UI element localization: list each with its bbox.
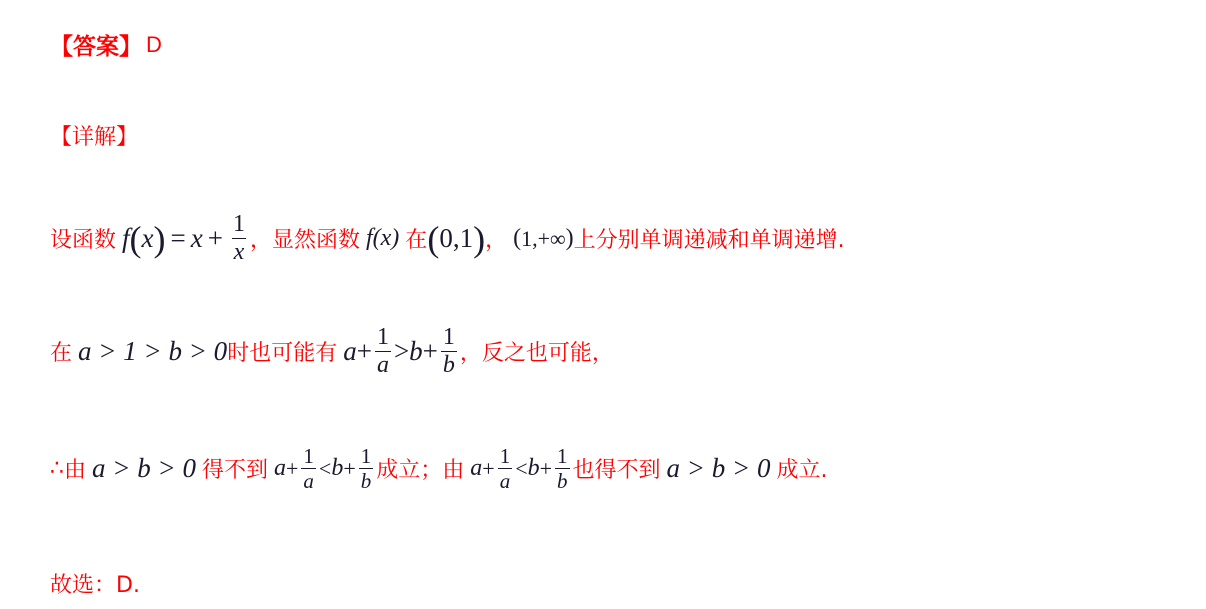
therefore-symbol: ∴: [50, 456, 64, 481]
fraction-1-over-a: 1 a: [375, 325, 391, 378]
answer-label: 【答案】: [50, 28, 142, 61]
explanation-header: 【详解】: [50, 120, 138, 151]
math-x: x: [191, 223, 203, 254]
denominator: b: [359, 468, 374, 492]
numerator: 1: [301, 445, 316, 468]
math-plus: +: [357, 336, 372, 367]
fraction-1-over-a: 1 a: [301, 445, 316, 492]
explanation-line-2: 在 a > 1 > b > 0 时也可能有 a + 1 a > b + 1 b …: [50, 325, 614, 378]
text-may-have: 时也可能有: [227, 336, 337, 367]
paren-open: (: [427, 221, 439, 257]
math-x: x: [142, 223, 154, 254]
explanation-header-text: 【详解】: [50, 120, 138, 151]
denominator: a: [498, 468, 513, 492]
math-gt: >: [394, 336, 409, 367]
text-from: 由: [64, 453, 86, 484]
math-b: b: [528, 455, 540, 482]
fraction-1-over-b: 1 b: [359, 445, 374, 492]
math-plus: +: [540, 456, 552, 482]
paren-open: (: [513, 225, 521, 252]
math-a: a: [274, 455, 286, 482]
text-also-cannot-get: 也得不到: [573, 453, 661, 484]
math-inequality-1: a > b > 0: [92, 453, 196, 484]
denominator: x: [232, 238, 247, 265]
answer-value: D: [146, 32, 162, 58]
fraction-1-over-b: 1 b: [441, 325, 457, 378]
paren-close: ): [154, 221, 166, 257]
paren-open: (: [130, 221, 142, 257]
math-inequality: a > 1 > b > 0: [78, 336, 227, 367]
math-b: b: [331, 455, 343, 482]
text-on: 在: [405, 223, 427, 254]
denominator: a: [375, 351, 391, 378]
math-interval-0-1: 0,1: [439, 223, 473, 254]
math-lt: <: [319, 456, 331, 482]
text-holds: 成立.: [777, 453, 828, 484]
fraction-1-over-a: 1 a: [498, 445, 513, 492]
text-obviously-function: ，显然函数: [250, 223, 360, 254]
answer-line: 【答案】 D: [50, 28, 162, 61]
math-plus: +: [343, 456, 355, 482]
numerator: 1: [555, 445, 570, 468]
conclusion-text: 故选：D.: [50, 568, 140, 599]
fraction-1-over-b: 1 b: [555, 445, 570, 492]
math-inequality-2: a > b > 0: [667, 453, 771, 484]
text-comma: ，: [485, 223, 507, 254]
math-plus: +: [482, 456, 494, 482]
text-holds-from: 成立；由: [376, 453, 464, 484]
math-equals: =: [171, 223, 186, 254]
paren-close: ): [566, 225, 574, 252]
text-set-function: 设函数: [50, 223, 116, 254]
math-interval-1-inf: 1,+∞: [521, 226, 566, 252]
math-lt: <: [515, 456, 527, 482]
math-plus: +: [286, 456, 298, 482]
denominator: b: [441, 351, 457, 378]
denominator: a: [301, 468, 316, 492]
text-monotonic: 上分别单调递减和单调递增.: [574, 223, 845, 254]
fraction-1-over-x: 1 x: [231, 212, 247, 265]
math-a: a: [470, 455, 482, 482]
explanation-line-1: 设函数 f ( x ) = x + 1 x ，显然函数 f(x) 在 ( 0,1…: [50, 212, 845, 265]
math-f: f: [122, 223, 130, 254]
paren-close: ): [473, 221, 485, 257]
numerator: 1: [359, 445, 374, 468]
math-b: b: [409, 336, 423, 367]
denominator: b: [555, 468, 570, 492]
conclusion-line: 故选：D.: [50, 568, 140, 599]
numerator: 1: [498, 445, 513, 468]
text-cannot-get: 得不到: [202, 453, 268, 484]
numerator: 1: [441, 325, 457, 351]
text-at: 在: [50, 336, 72, 367]
math-fx: f(x): [366, 225, 399, 252]
numerator: 1: [231, 212, 247, 238]
math-a: a: [343, 336, 357, 367]
math-plus: +: [208, 223, 223, 254]
explanation-line-3: ∴ 由 a > b > 0 得不到 a + 1 a < b + 1 b 成立；由…: [50, 445, 828, 492]
math-plus: +: [423, 336, 438, 367]
text-conversely: ，反之也可能，: [460, 336, 614, 367]
numerator: 1: [375, 325, 391, 351]
